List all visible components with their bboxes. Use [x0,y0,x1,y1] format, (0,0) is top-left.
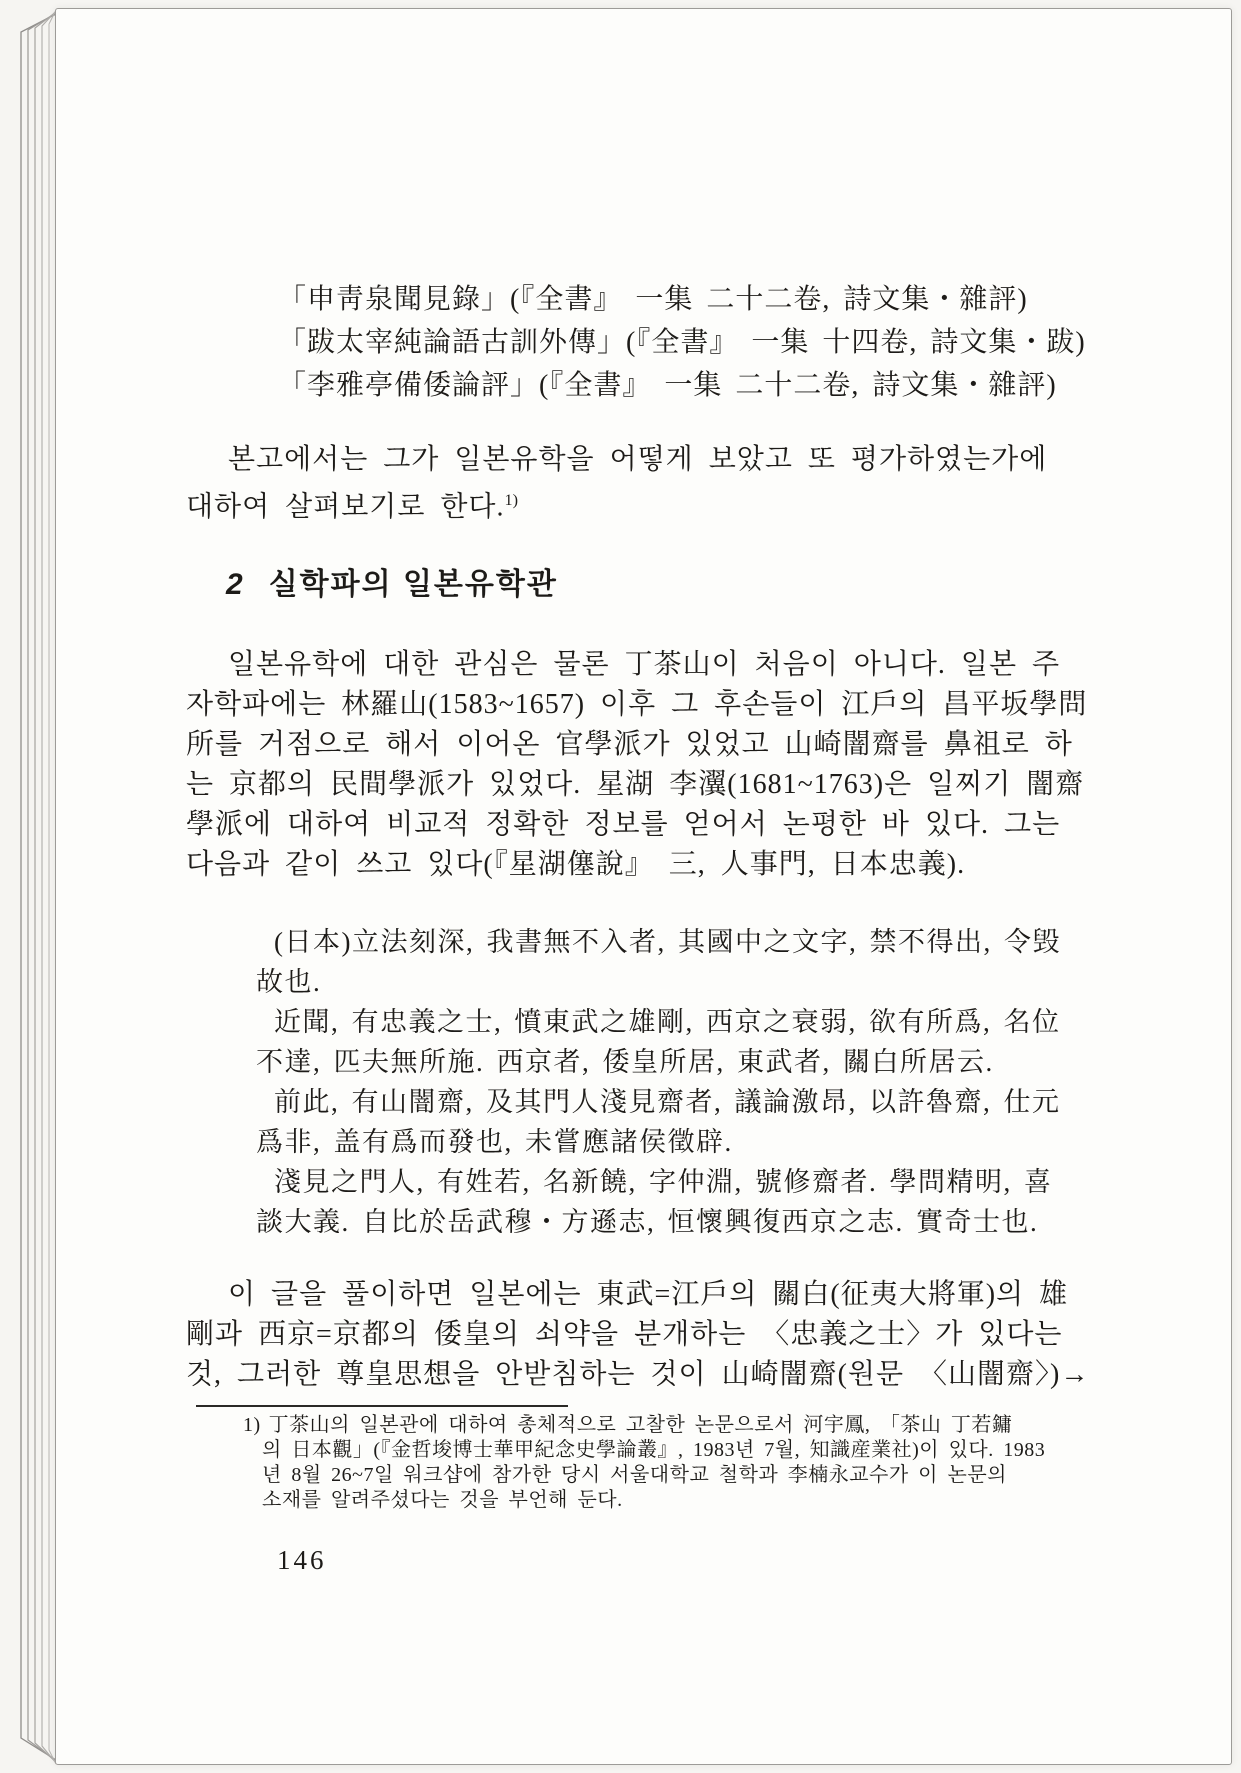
footnote-marker: 1) [243,1414,261,1436]
text-line: 는 京都의 民間學派가 있었다. 星湖 李瀷(1681~1763)은 일찌기 闇… [186,765,1071,805]
quote-line: 爲非, 盖有爲而發也, 未嘗應諸侯徵辟. [256,1122,1071,1162]
page-number: 146 [186,1545,1071,1576]
footnote-line: 년 8월 26~7일 워크샵에 참가한 당시 서울대학교 철학과 李楠永교수가 … [243,1463,1071,1488]
section-title: 실학파의 일본유학관 [269,568,558,601]
text-line: 이 글을 풀이하면 일본에는 東武=江戶의 關白(征夷大將軍)의 雄 [186,1275,1071,1315]
footnote-line: 소재를 알려주셨다는 것을 부언해 둔다. [243,1488,1071,1513]
footnote-text: 丁茶山의 일본관에 대하여 총체적으로 고찰한 논문으로서 河宇鳳, 「茶山 丁… [269,1414,1013,1436]
quote-block-seongho-saseol: (日本)立法刻深, 我書無不入者, 其國中之文字, 禁不得出, 令毁 故也. 近… [256,922,1071,1242]
text-line: 剛과 西京=京都의 倭皇의 쇠약을 분개하는 〈忠義之士〉가 있다는 [186,1315,1071,1355]
quote-line: 淺見之門人, 有姓若, 名新饒, 字仲淵, 號修齋者. 學問精明, 喜 [256,1162,1071,1202]
footnote-line: 1)丁茶山의 일본관에 대하여 총체적으로 고찰한 논문으로서 河宇鳳, 「茶山… [243,1413,1071,1438]
section-number: 2 [226,568,245,601]
text-line: 대하여 살펴보기로 한다. [186,491,504,522]
intro-paragraph: 본고에서는 그가 일본유학을 어떻게 보았고 또 평가하였는가에 대하여 살펴보… [186,440,1071,527]
quote-line: 不達, 匹夫無所施. 西京者, 倭皇所居, 東武者, 關白所居云. [256,1042,1071,1082]
text-line: 所를 거점으로 해서 이어온 官學派가 있었고 山崎闇齋를 鼻祖로 하 [186,725,1071,765]
interpretation-paragraph: 이 글을 풀이하면 일본에는 東武=江戶의 關白(征夷大將軍)의 雄 剛과 西京… [186,1275,1071,1395]
text-line: 본고에서는 그가 일본유학을 어떻게 보았고 또 평가하였는가에 [186,440,1071,480]
quote-line: 前此, 有山闇齋, 及其門人淺見齋者, 議論激昂, 以許魯齋, 仕元 [256,1082,1071,1122]
quote-line: 談大義. 自比於岳武穆・方遜志, 恒懷興復西京之志. 實奇士也. [256,1202,1071,1242]
text-line: 다음과 같이 쓰고 있다(『星湖僿說』 三, 人事門, 日本忠義). [186,845,1071,885]
citation-line: 「李雅亭備倭論評」(『全書』 一集 二十二卷, 詩文集・雜評) [278,364,1071,407]
text-line: 자학파에는 林羅山(1583~1657) 이후 그 후손들이 江戶의 昌平坂學問 [186,685,1071,725]
footnote-divider [196,1405,568,1407]
citation-line: 「跋太宰純論語古訓外傳」(『全書』 一集 十四卷, 詩文集・跋) [278,321,1071,364]
text-line: 것, 그러한 尊皇思想을 안받침하는 것이 山崎闇齋(원문 〈山闇齋〉)→ [186,1355,1071,1395]
section-heading: 2실학파의 일본유학관 [186,567,1071,603]
quote-line: 故也. [256,962,1071,1002]
citation-block: 「申靑泉聞見錄」(『全書』 一集 二十二卷, 詩文集・雜評) 「跋太宰純論語古訓… [186,278,1071,407]
text-line: 學派에 대하여 비교적 정확한 정보를 얻어서 논평한 바 있다. 그는 [186,805,1071,845]
footnote-reference: 1) [504,491,518,509]
text-line: 일본유학에 대한 관심은 물론 丁茶山이 처음이 아니다. 일본 주 [186,645,1071,685]
citation-line: 「申靑泉聞見錄」(『全書』 一集 二十二卷, 詩文集・雜評) [278,278,1071,321]
book-edge-lines [0,0,60,1773]
text-line: 대하여 살펴보기로 한다.1) [186,480,1071,527]
footnote-line: 의 日本觀」(『金哲埈博士華甲紀念史學論叢』, 1983년 7월, 知識産業社)… [243,1438,1071,1463]
scanned-book-page: 「申靑泉聞見錄」(『全書』 一集 二十二卷, 詩文集・雜評) 「跋太宰純論語古訓… [55,8,1232,1765]
quote-line: (日本)立法刻深, 我書無不入者, 其國中之文字, 禁不得出, 令毁 [256,922,1071,962]
footnote-block: 1)丁茶山의 일본관에 대하여 총체적으로 고찰한 논문으로서 河宇鳳, 「茶山… [186,1413,1071,1513]
paragraph-japanese-confucianism: 일본유학에 대한 관심은 물론 丁茶山이 처음이 아니다. 일본 주 자학파에는… [186,645,1071,885]
quote-line: 近聞, 有忠義之士, 憤東武之雄剛, 西京之衰弱, 欲有所爲, 名位 [256,1002,1071,1042]
